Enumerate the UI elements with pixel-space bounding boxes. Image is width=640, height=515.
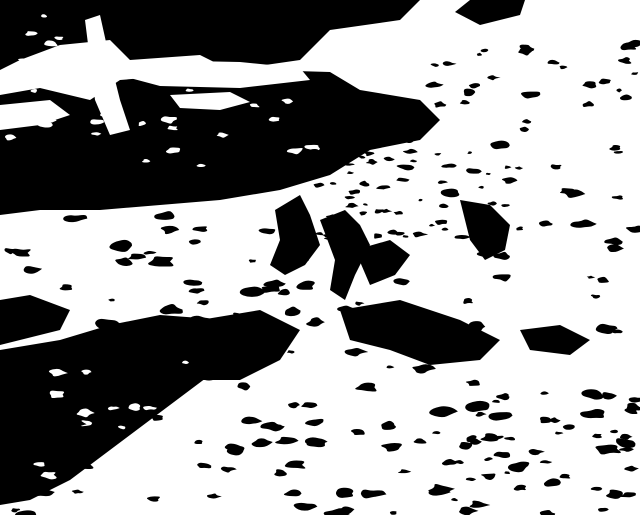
dalmatian-illusion-photo xyxy=(0,0,640,515)
